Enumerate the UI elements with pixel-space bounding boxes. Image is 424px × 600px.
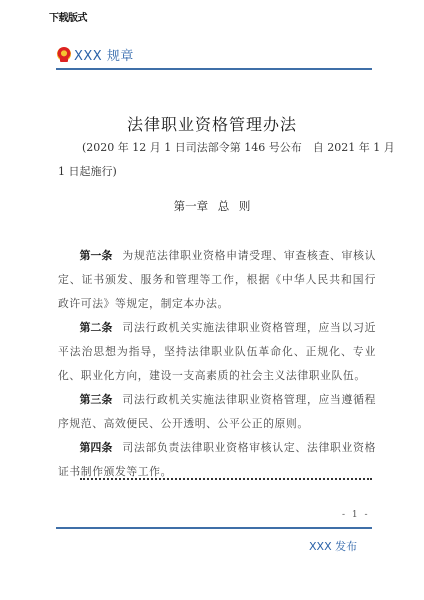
document-title: 法律职业资格管理办法: [0, 112, 424, 135]
header-divider: [56, 68, 372, 70]
article-label: 第二条: [80, 321, 113, 334]
page-number: - 1 -: [342, 510, 370, 520]
subtitle-line-1: (2020 年 12 月 1 日司法部令第 146 号公布 自 2021 年 1…: [58, 136, 378, 160]
document-header: XXX 规章: [57, 44, 134, 64]
article-2: 第二条司法行政机关实施法律职业资格管理，应当以习近平法治思想为指导，坚持法律职业…: [58, 316, 376, 388]
article-label: 第四条: [80, 441, 113, 454]
header-title: XXX 规章: [74, 45, 134, 64]
subtitle-line-2: 1 日起施行): [58, 160, 378, 184]
article-label: 第一条: [80, 249, 113, 262]
article-label: 第三条: [80, 393, 113, 406]
article-3: 第三条司法行政机关实施法律职业资格管理，应当遵循程序规范、高效便民、公开透明、公…: [58, 388, 376, 436]
article-1: 第一条为规范法律职业资格申请受理、审查核查、审核认定、证书颁发、服务和管理等工作…: [58, 244, 376, 316]
footer-divider: [56, 527, 372, 529]
footer-publisher: XXX 发布: [309, 538, 357, 554]
national-emblem-icon: [57, 47, 71, 61]
document-body: 第一条为规范法律职业资格申请受理、审查核查、审核认定、证书颁发、服务和管理等工作…: [58, 244, 376, 484]
chapter-heading: 第一章 总 则: [0, 198, 424, 214]
article-4: 第四条司法部负责法律职业资格审核认定、法律职业资格证书制作颁发等工作。: [58, 436, 376, 484]
ellipsis-divider: [80, 478, 372, 480]
download-format-label: 下载版式: [49, 9, 87, 24]
document-subtitle: (2020 年 12 月 1 日司法部令第 146 号公布 自 2021 年 1…: [58, 136, 378, 184]
